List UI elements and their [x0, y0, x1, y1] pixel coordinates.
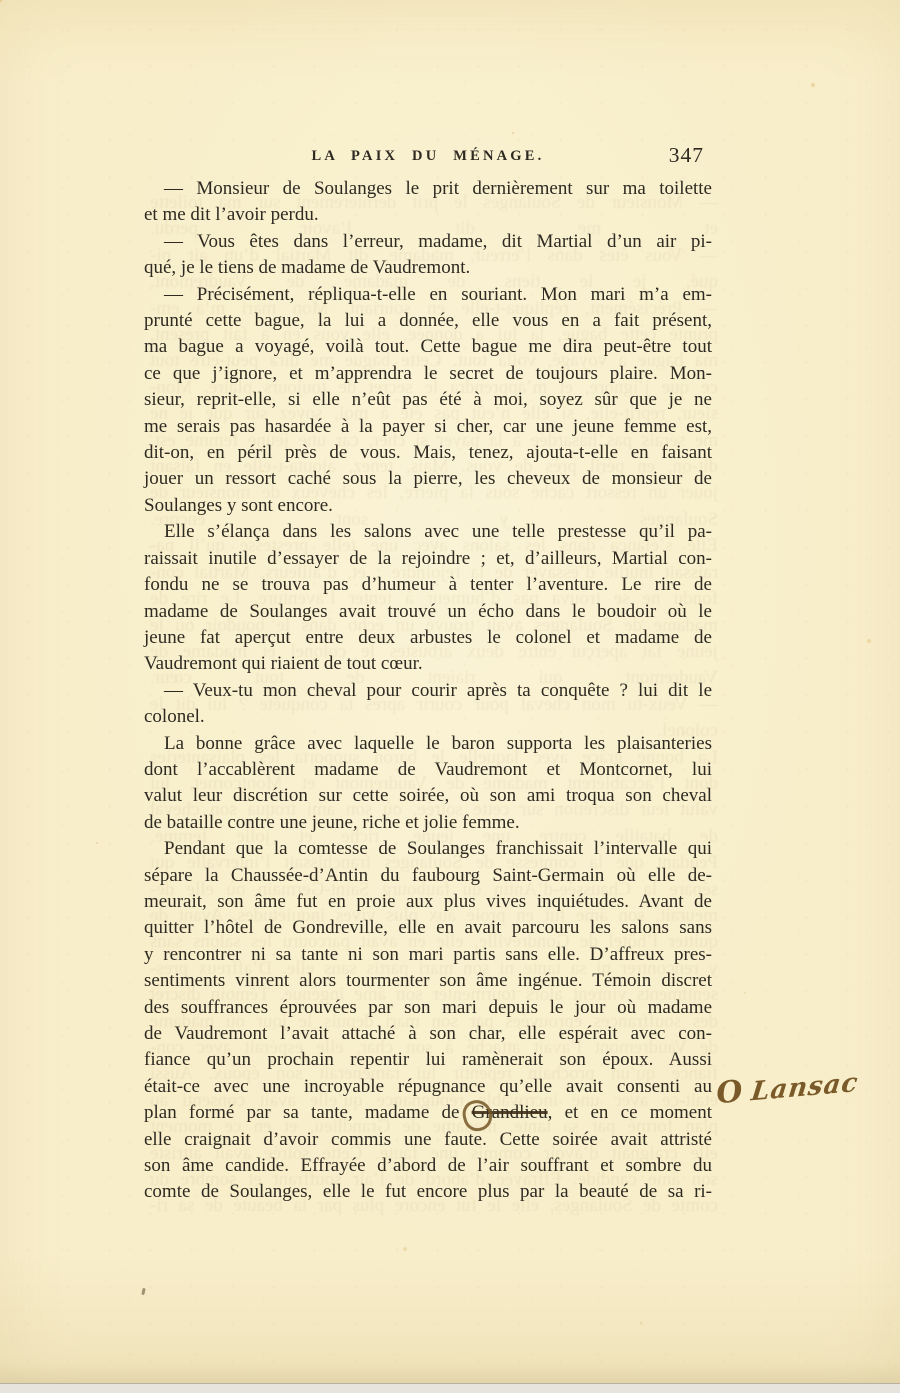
text-line: de Vaudremont l’avait attaché à son char… [144, 1021, 712, 1047]
text-line: — Précisément, répliqua-t-elle en souria… [144, 282, 712, 308]
stray-ink-mark [141, 1288, 145, 1295]
text-line: jeune fat aperçut entre deux arbustes le… [144, 625, 712, 651]
text-line: ce que j’ignore, et m’apprendra le secre… [144, 361, 712, 387]
text-line: — Monsieur de Soulanges le prit dernière… [144, 176, 712, 202]
page-header: LA PAIX DU MÉNAGE. 347 [144, 146, 712, 172]
scan-bottom-edge [0, 1383, 900, 1393]
book-page: — Monsieur de Soulanges le prit dernière… [0, 0, 900, 1393]
text-line: comte de Soulanges, elle le fut encore p… [144, 1179, 712, 1205]
page-bottom-shadow [0, 1362, 900, 1384]
text-line: raissait inutile d’essayer de la rejoind… [144, 546, 712, 572]
text-line: dont l’accablèrent madame de Vaudremont … [144, 757, 712, 783]
text-segment: plan formé par sa tante, madame de [144, 1102, 472, 1123]
text-line: Vaudremont qui riaient de tout cœur. [144, 651, 712, 677]
text-line: et me dit l’avoir perdu. [144, 202, 712, 228]
text-line: madame de Soulanges avait trouvé un écho… [144, 599, 712, 625]
text-line: était-ce avec une incroyable répugnance … [144, 1074, 712, 1100]
text-line: qué, je le tiens de madame de Vaudremont… [144, 255, 712, 281]
text-line: — Veux-tu mon cheval pour courir après t… [144, 678, 712, 704]
text-line: Elle s’élança dans les salons avec une t… [144, 519, 712, 545]
text-line: elle craignait d’avoir commis une faute.… [144, 1127, 712, 1153]
text-line: y rencontrer ni sa tante ni son mari par… [144, 942, 712, 968]
margin-note-initial: O [715, 1074, 748, 1111]
text-line: dit-on, en péril près de vous. Mais, ten… [144, 440, 712, 466]
text-line: sieur, reprit-elle, si elle n’eût pas ét… [144, 387, 712, 413]
text-line: La bonne grâce avec laquelle le baron su… [144, 731, 712, 757]
text-line: quitter l’hôtel de Gondreville, elle en … [144, 915, 712, 941]
text-line: valut leur discrétion sur cette soirée, … [144, 783, 712, 809]
page-body: — Monsieur de Soulanges le prit dernière… [144, 176, 712, 1206]
text-line: jouer un ressort caché sous la pierre, l… [144, 466, 712, 492]
text-line: Pendant que la comtesse de Soulanges fra… [144, 836, 712, 862]
handwritten-margin-note: O Lansac [715, 1060, 900, 1111]
text-line: fondu ne se trouva pas d’humeur à tenter… [144, 572, 712, 598]
text-line: sépare la Chaussée-d’Antin du faubourg S… [144, 863, 712, 889]
page-number: 347 [669, 143, 704, 168]
margin-note-name: Lansac [750, 1068, 861, 1108]
text-segment: , et en ce moment [548, 1102, 712, 1123]
text-line: de bataille contre une jeune, riche et j… [144, 810, 712, 836]
text-line: sentiments vinrent alors tourmenter son … [144, 968, 712, 994]
text-line: colonel. [144, 704, 712, 730]
foxing-specks [0, 0, 2, 2]
text-line: meurait, son âme fut en proie aux plus v… [144, 889, 712, 915]
text-line: son âme candide. Effrayée d’abord de l’a… [144, 1153, 712, 1179]
text-line: ma bague a voyagé, voilà tout. Cette bag… [144, 334, 712, 360]
text-line: plan formé par sa tante, madame de Grand… [144, 1100, 712, 1126]
text-line: fiance qu’un prochain repentir lui ramèn… [144, 1047, 712, 1073]
text-line: prunté cette bague, la lui a donnée, ell… [144, 308, 712, 334]
running-title: LA PAIX DU MÉNAGE. [144, 148, 712, 165]
text-line: Soulanges y sont encore. [144, 493, 712, 519]
text-line: — Vous êtes dans l’erreur, madame, dit M… [144, 229, 712, 255]
struck-word: Grandlieu [472, 1102, 548, 1123]
text-line: des souffrances éprouvées par son mari d… [144, 995, 712, 1021]
text-line: me serais pas hasardée à la payer si che… [144, 414, 712, 440]
